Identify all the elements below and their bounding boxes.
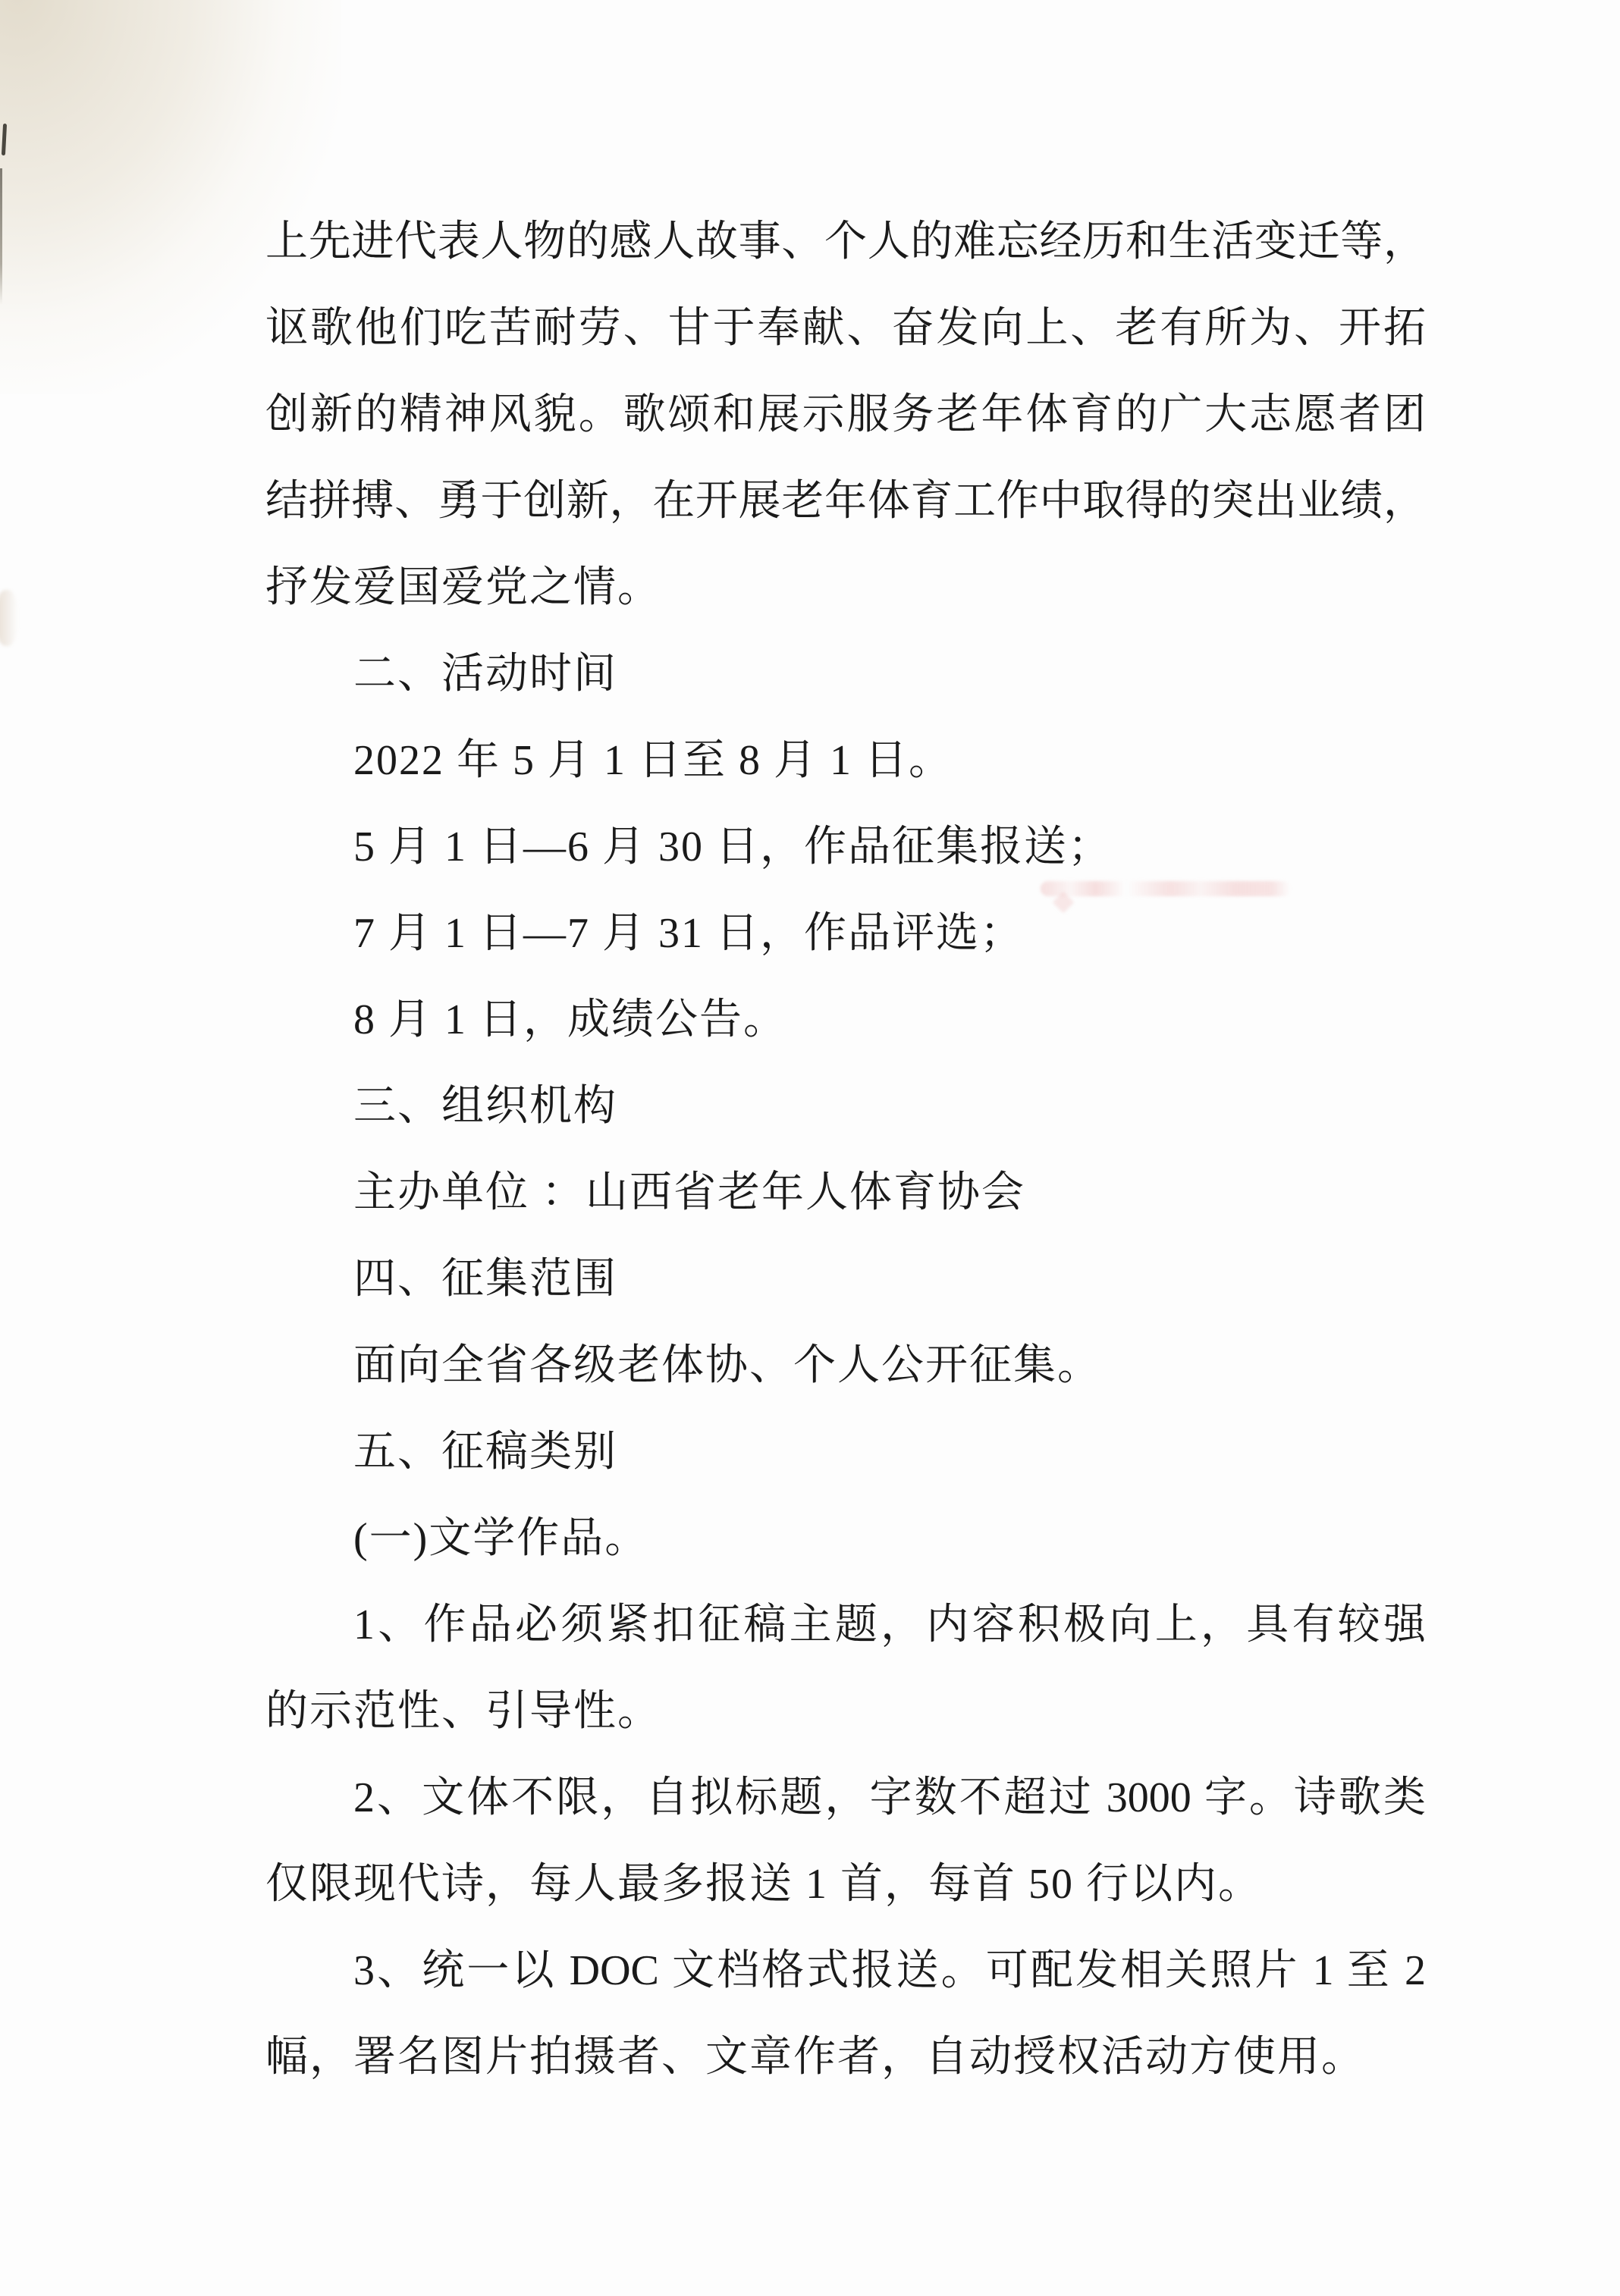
document-line: 幅，署名图片拍摄者、文章作者，自动授权活动方使用。	[265, 2014, 1426, 2100]
document-line: 5 月 1 日—6 月 30 日，作品征集报送；	[265, 804, 1426, 890]
scan-edge-scratch	[0, 168, 2, 305]
document-line: 抒发爱国爱党之情。	[265, 544, 1426, 631]
scanned-document-page: { "page": { "background_color": "#fdfdfd…	[0, 0, 1620, 2296]
document-text-block: 上先进代表人物的感人故事、个人的难忘经历和生活变迁等，讴歌他们吃苦耐劳、甘于奉献…	[265, 199, 1426, 2100]
document-line: 2022 年 5 月 1 日至 8 月 1 日。	[265, 717, 1426, 804]
document-line: 五、征稿类别	[265, 1409, 1426, 1495]
document-line: 3、统一以 DOC 文档格式报送。可配发相关照片 1 至 2	[265, 1927, 1426, 2014]
document-line: 面向全省各级老体协、个人公开征集。	[265, 1322, 1426, 1409]
document-line: 的示范性、引导性。	[265, 1668, 1426, 1755]
document-line: 主办单位 ：山西省老年人体育协会	[265, 1150, 1426, 1236]
scan-edge-scratch	[2, 124, 7, 155]
document-line: 仅限现代诗，每人最多报送 1 首，每首 50 行以内。	[265, 1841, 1426, 1927]
document-line: 结拼搏、勇于创新，在开展老年体育工作中取得的突出业绩，	[265, 458, 1426, 544]
document-line: 上先进代表人物的感人故事、个人的难忘经历和生活变迁等，	[265, 199, 1426, 285]
document-line: 创新的精神风貌。歌颂和展示服务老年体育的广大志愿者团	[265, 372, 1426, 458]
scan-edge-smear	[0, 590, 18, 646]
document-line: 8 月 1 日，成绩公告。	[265, 977, 1426, 1063]
document-line: 1、作品必须紧扣征稿主题，内容积极向上，具有较强	[265, 1582, 1426, 1668]
document-line: 讴歌他们吃苦耐劳、甘于奉献、奋发向上、老有所为、开拓	[265, 285, 1426, 372]
document-line: 三、组织机构	[265, 1063, 1426, 1150]
document-line: 二、活动时间	[265, 631, 1426, 717]
document-line: 四、征集范围	[265, 1236, 1426, 1322]
document-line: 2、文体不限，自拟标题，字数不超过 3000 字。诗歌类	[265, 1755, 1426, 1841]
document-line: 7 月 1 日—7 月 31 日，作品评选；	[265, 890, 1426, 977]
document-line: (一)文学作品。	[265, 1495, 1426, 1582]
